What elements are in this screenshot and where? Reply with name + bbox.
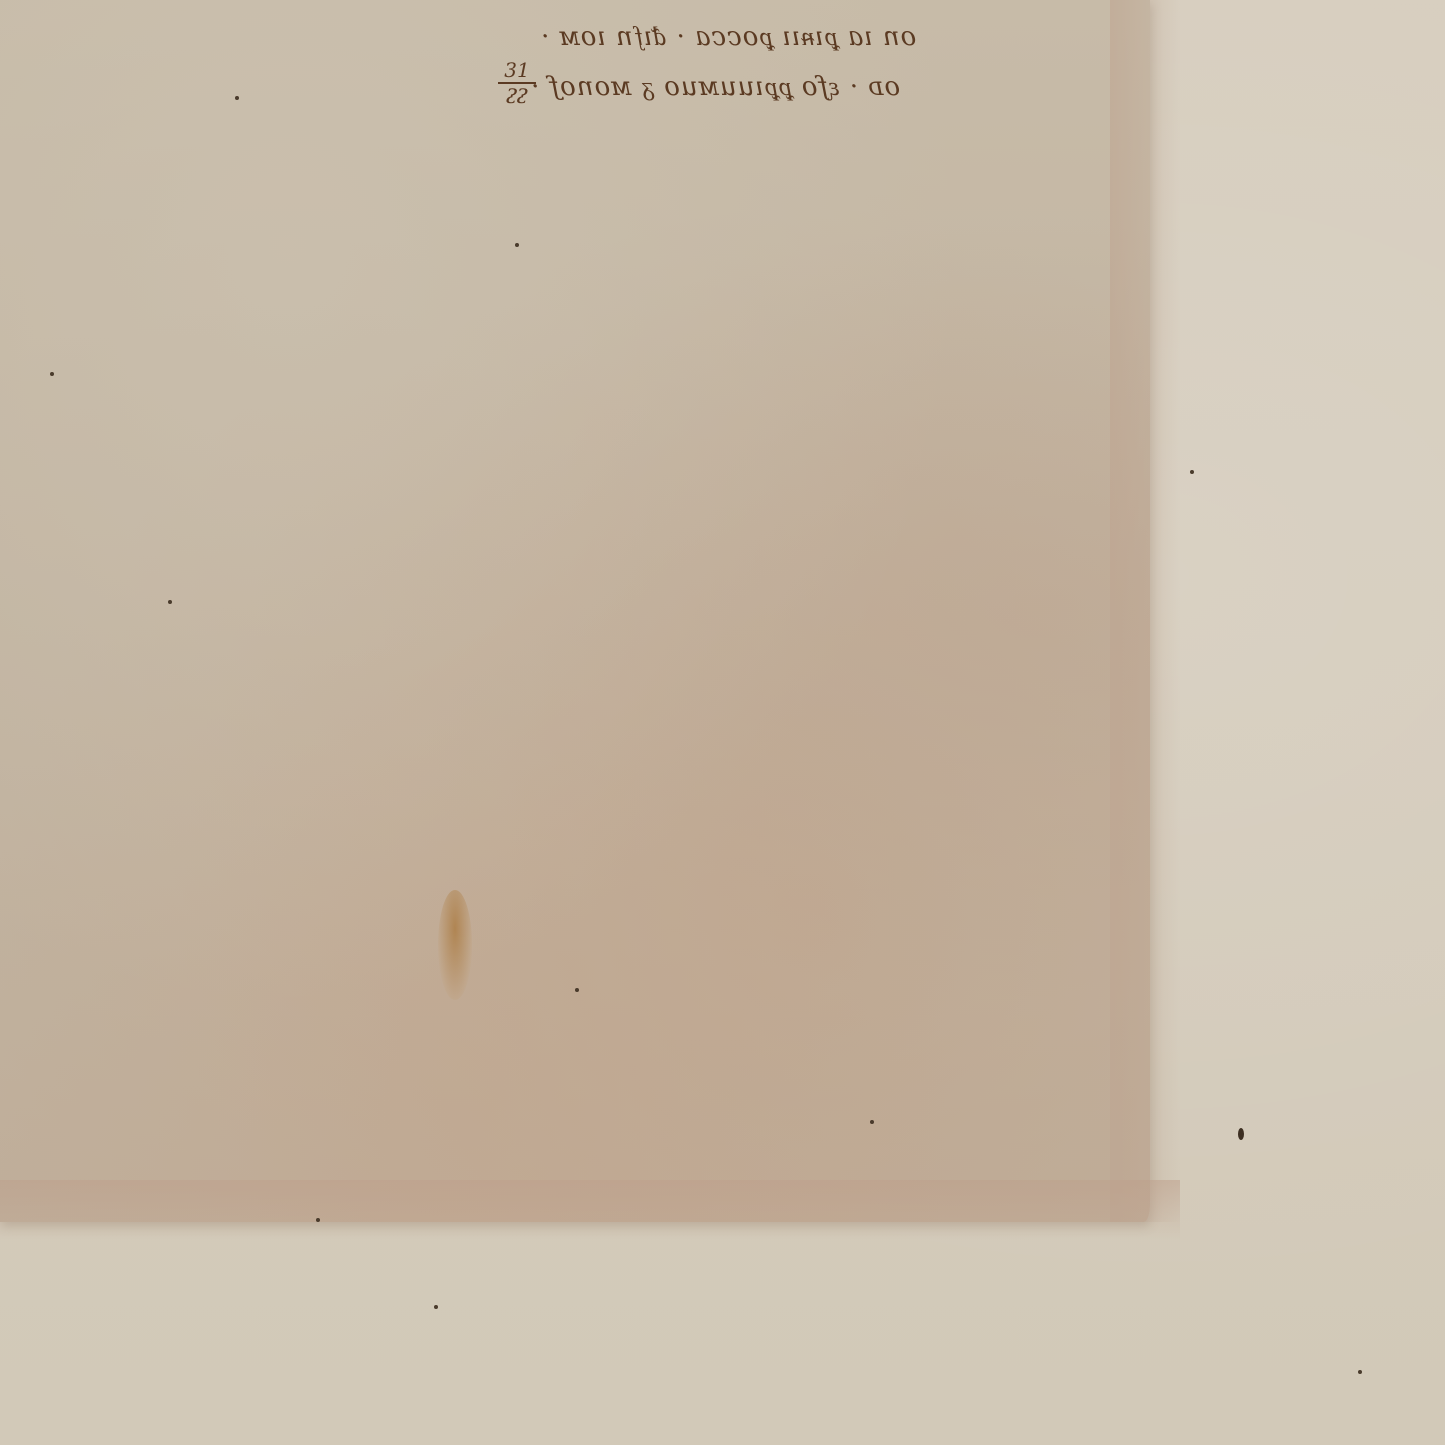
handwriting-line-1: on ıa ᵱıᵰıı ᵱocca · ᵭıᶂn ıoᴍ · — [540, 22, 916, 52]
paper-speck — [316, 1218, 320, 1222]
paper-speck — [50, 372, 54, 376]
mount-speck — [1238, 1128, 1244, 1140]
paper-speck — [575, 988, 579, 992]
sheet-bottom-edge-discoloration — [0, 1180, 1180, 1240]
mount-speck — [434, 1305, 438, 1309]
paper-speck — [235, 96, 239, 100]
mount-speck — [1358, 1370, 1362, 1374]
ink-stain — [438, 890, 472, 1000]
fraction-denominator: ᴤᴤ — [506, 84, 527, 108]
paper-speck — [870, 1120, 874, 1124]
manuscript-sheet: on ıa ᵱıᵰıı ᵱocca · ᵭıᶂn ıoᴍ · oᴅ · ᶓfo … — [0, 0, 1150, 1222]
paper-speck — [168, 600, 172, 604]
paper-speck — [515, 243, 519, 247]
handwriting-line-2: oᴅ · ᶓfo ᵱᵱıuuᴍuo ᵹ ᴍonoƒ · — [530, 72, 900, 102]
sheet-right-edge-discoloration — [1110, 0, 1180, 1222]
mount-speck — [1190, 470, 1194, 474]
fraction-numerator: 31 — [504, 58, 529, 82]
margin-fraction-note: 31 ᴤᴤ — [498, 60, 536, 106]
